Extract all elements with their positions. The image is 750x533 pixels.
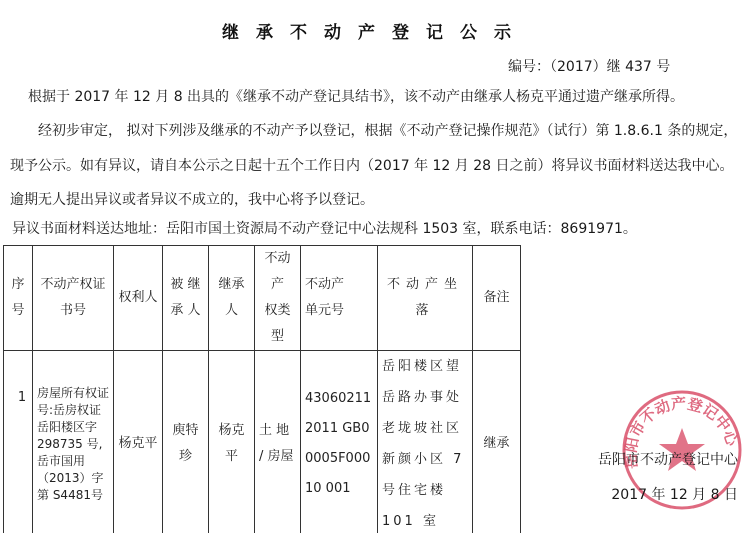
header-decedent-line2: 承 人 <box>167 298 204 324</box>
header-unit-no-line2: 单元号 <box>305 298 373 324</box>
document-title: 继承不动产登记公示 <box>0 18 750 43</box>
header-seq: 序号 <box>4 246 33 351</box>
cell-seq: 1 <box>4 351 33 533</box>
header-unit-no-line1: 不动产 <box>305 272 373 298</box>
paragraph-basis: 根据于 2017 年 12 月 8 出具的《继承不动产登记具结书》，该不动产由继… <box>28 86 684 106</box>
cell-decedent: 庾特珍 <box>163 351 209 533</box>
header-unit-no: 不动产 单元号 <box>301 246 378 351</box>
header-right-type-line2: 权类型 <box>259 298 296 350</box>
header-remarks: 备注 <box>473 246 521 351</box>
header-location: 不动产坐落 <box>378 246 473 351</box>
table-header-row: 序号 不动产权证书号 权利人 被 继 承 人 继承人 不动产 权类型 不动产 单… <box>4 246 747 351</box>
issue-date: 2017 年 12 月 8 日 <box>611 484 738 504</box>
cell-location: 岳阳楼区望岳路办事处老垅坡社区新颜小区 7 号住宅楼 101 室 <box>378 351 473 533</box>
header-decedent-line1: 被 继 <box>167 272 204 298</box>
cell-cert-no: 房屋所有权证号:岳房权证岳阳楼区字298735 号,岳市国用（2013）字第 S… <box>33 351 114 533</box>
cell-remarks: 继承 <box>473 351 521 533</box>
cell-unit-no: 430602112011 GB00005F00010 001 <box>301 351 378 533</box>
header-cert-no: 不动产权证书号 <box>33 246 114 351</box>
paragraph-review-line1: 经初步审定， 拟对下列涉及继承的不动产予以登记，根据《不动产登记操作规范》（试行… <box>38 120 737 140</box>
paragraph-review-line3: 逾期无人提出异议或者异议不成立的，我中心将予以登记。 <box>10 189 374 209</box>
header-right-holder: 权利人 <box>114 246 163 351</box>
paragraph-objection-address: 异议书面材料送达地址：岳阳市国土资源局不动产登记中心法规科 1503 室，联系电… <box>12 218 637 238</box>
header-decedent: 被 继 承 人 <box>163 246 209 351</box>
paragraph-review-line2: 现予公示。如有异议，请自本公示之日起十五个工作日内（2017 年 12 月 28… <box>10 155 734 175</box>
cell-heir: 杨克平 <box>209 351 255 533</box>
header-heir: 继承人 <box>209 246 255 351</box>
seq-value: 1 <box>18 390 26 405</box>
cell-right-holder: 杨克平 <box>114 351 163 533</box>
document-number: 编号：（2017）继 437 号 <box>508 56 670 76</box>
header-right-type-line1: 不动产 <box>259 246 296 298</box>
issuer-signature: 岳阳市不动产登记中心 <box>598 449 738 469</box>
header-right-type: 不动产 权类型 <box>255 246 301 351</box>
cell-right-type: 土 地 / 房屋 <box>255 351 301 533</box>
